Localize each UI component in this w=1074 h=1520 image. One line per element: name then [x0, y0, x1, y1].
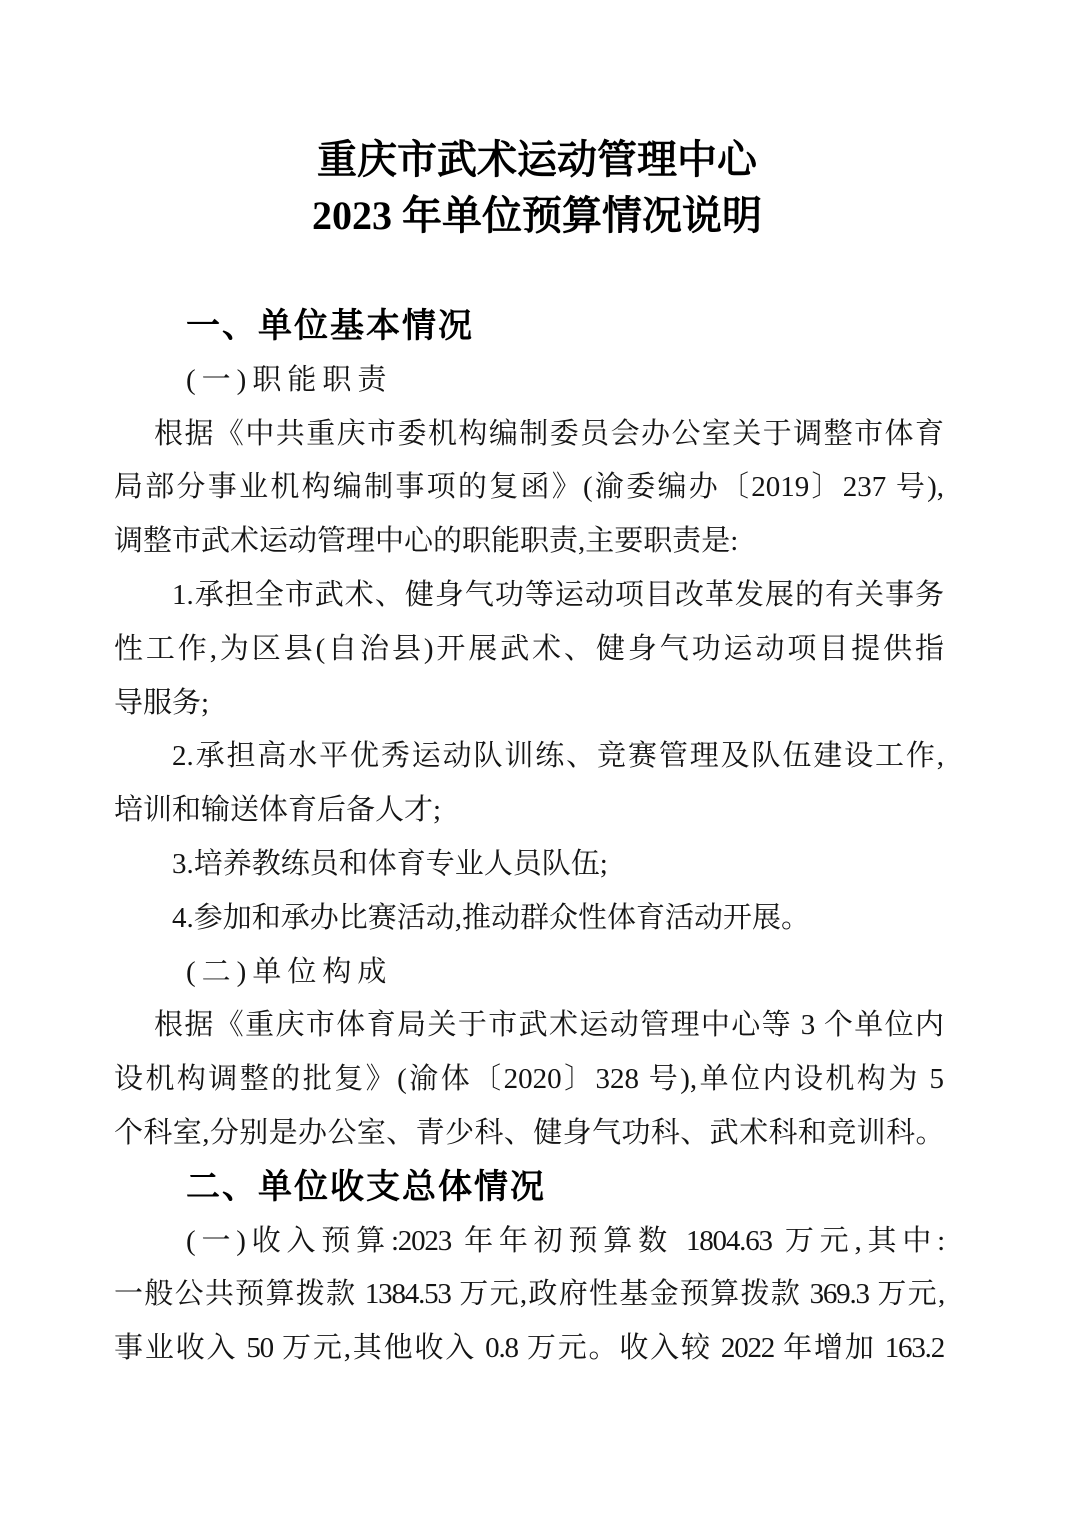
- list-item-3: 3.培养教练员和体育专业人员队伍;: [114, 838, 944, 892]
- heading-section-2: 二、单位收支总体情况: [114, 1161, 944, 1215]
- para-income-budget-line-3: 事业收入 50 万元,其他收入 0.8 万元。收入较 2022 年增加 163.…: [114, 1322, 944, 1376]
- document-page: 重庆市武术运动管理中心 2023 年单位预算情况说明 一、单位基本情况 (一)职…: [0, 0, 1074, 1520]
- para-composition-line-3: 个科室,分别是办公室、青少科、健身气功科、武术科和竞训科。: [114, 1107, 944, 1161]
- para-income-budget-line-2: 一般公共预算拨款 1384.53 万元,政府性基金预算拨款 369.3 万元,: [114, 1268, 944, 1322]
- list-item-1-line-3: 导服务;: [114, 677, 944, 731]
- para-composition-line-1: 根据《重庆市体育局关于市武术运动管理中心等 3 个单位内: [114, 999, 944, 1053]
- para-income-budget-line-1: (一)收入预算:2023 年年初预算数 1804.63 万元,其中:: [114, 1215, 944, 1269]
- subheading-composition: (二)单位构成: [114, 946, 944, 1000]
- title-line-2: 2023 年单位预算情况说明: [0, 188, 1074, 244]
- document-body: 一、单位基本情况 (一)职能职责 根据《中共重庆市委机构编制委员会办公室关于调整…: [114, 300, 944, 1376]
- list-item-1-line-2: 性工作,为区县(自治县)开展武术、健身气功运动项目提供指: [114, 623, 944, 677]
- list-item-1-line-1: 1.承担全市武术、健身气功等运动项目改革发展的有关事务: [114, 569, 944, 623]
- list-item-2-line-1: 2.承担高水平优秀运动队训练、竞赛管理及队伍建设工作,: [114, 730, 944, 784]
- list-item-2-line-2: 培训和输送体育后备人才;: [114, 784, 944, 838]
- subheading-duties: (一)职能职责: [114, 354, 944, 408]
- title-line-1: 重庆市武术运动管理中心: [0, 132, 1074, 188]
- para-duties-basis-line-2: 局部分事业机构编制事项的复函》(渝委编办〔2019〕237 号),: [114, 461, 944, 515]
- list-item-4: 4.参加和承办比赛活动,推动群众性体育活动开展。: [114, 892, 944, 946]
- para-composition-line-2: 设机构调整的批复》(渝体〔2020〕328 号),单位内设机构为 5: [114, 1053, 944, 1107]
- document-title: 重庆市武术运动管理中心 2023 年单位预算情况说明: [0, 0, 1074, 244]
- para-duties-basis-line-1: 根据《中共重庆市委机构编制委员会办公室关于调整市体育: [114, 408, 944, 462]
- heading-section-1: 一、单位基本情况: [114, 300, 944, 354]
- para-duties-basis-line-3: 调整市武术运动管理中心的职能职责,主要职责是:: [114, 515, 944, 569]
